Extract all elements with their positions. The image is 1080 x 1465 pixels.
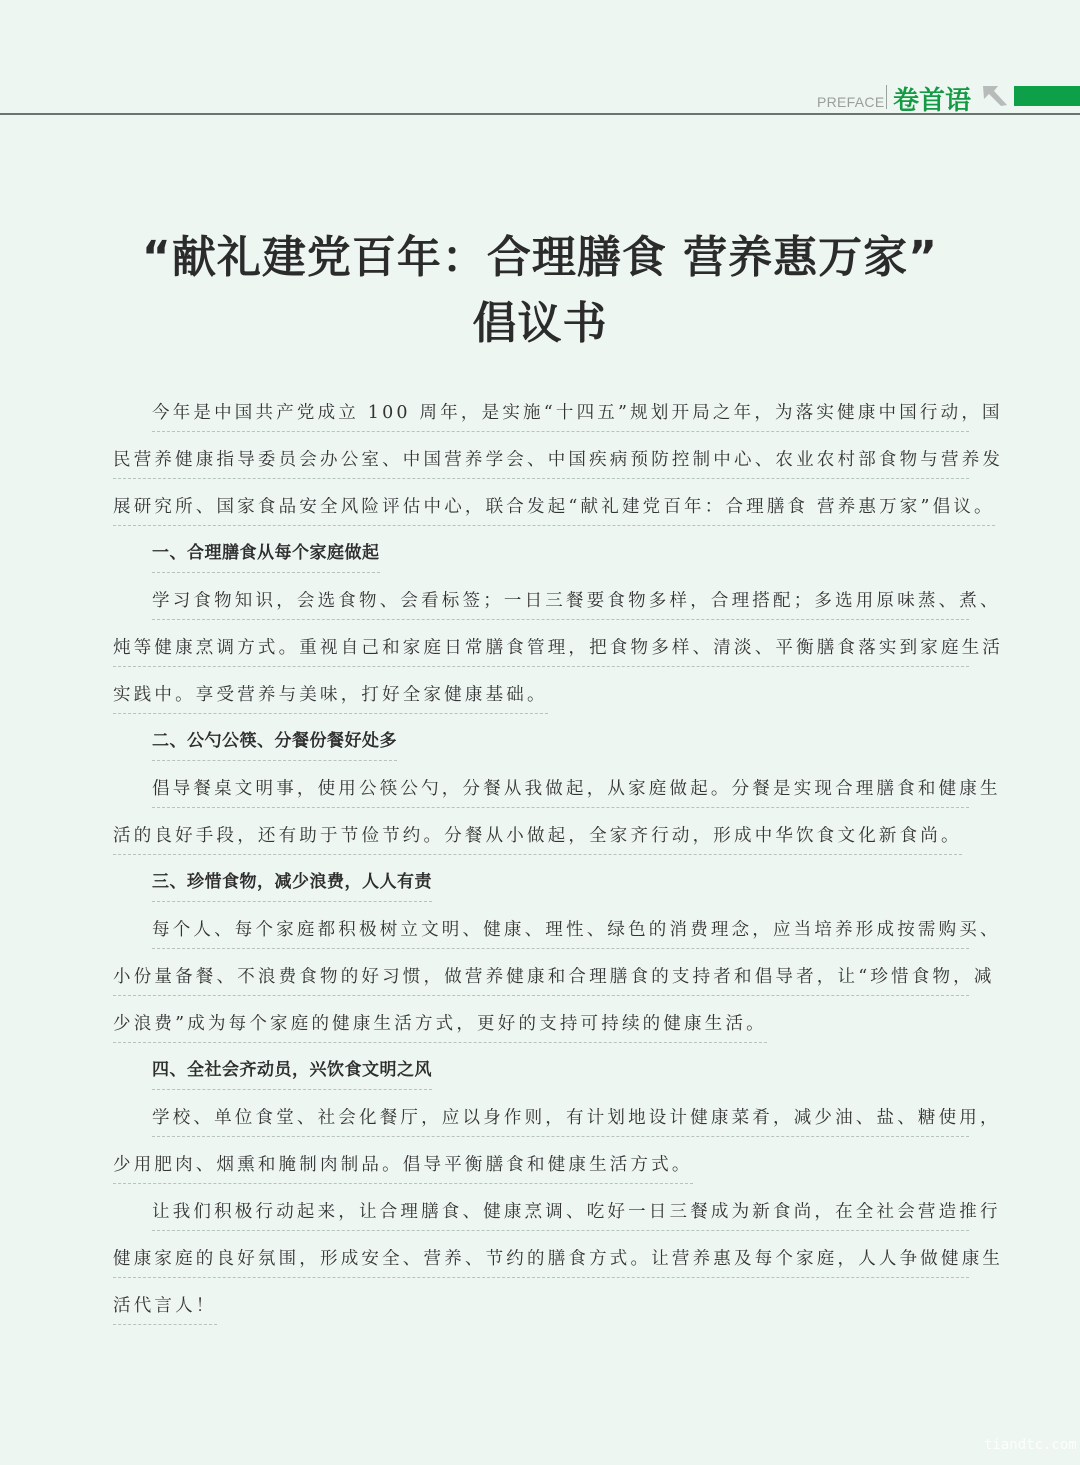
section-divider: [886, 85, 887, 109]
section-label-cn: 卷首语: [893, 80, 971, 117]
text-line: 少浪费”成为每个家庭的健康生活方式，更好的支持可持续的健康生活。: [113, 999, 969, 1046]
text-line: 让我们积极行动起来，让合理膳食、健康烹调、吃好一日三餐成为新食尚，在全社会营造推…: [113, 1187, 969, 1234]
article-body: 今年是中国共产党成立 100 周年，是实施“十四五”规划开局之年，为落实健康中国…: [113, 388, 969, 1328]
accent-bar: [1014, 86, 1080, 106]
section-4: 四、全社会齐动员，兴饮食文明之风 学校、单位食堂、社会化餐厅，应以身作则，有计划…: [113, 1046, 969, 1187]
section-heading: 一、合理膳食从每个家庭做起: [113, 529, 969, 576]
text-line: 学习食物知识，会选食物、会看标签；一日三餐要食物多样，合理搭配；多选用原味蒸、煮…: [113, 576, 969, 623]
section-1: 一、合理膳食从每个家庭做起 学习食物知识，会选食物、会看标签；一日三餐要食物多样…: [113, 529, 969, 717]
page-title: “献礼建党百年：合理膳食 营养惠万家” 倡议书: [0, 225, 1080, 357]
header-divider: [0, 113, 1080, 115]
page-header: PREFACE 卷首语: [0, 0, 1080, 115]
text-line: 少用肥肉、烟熏和腌制肉制品。倡导平衡膳食和健康生活方式。: [113, 1140, 969, 1187]
section-heading: 三、珍惜食物，减少浪费，人人有责: [113, 858, 969, 905]
arrow-up-left-icon: [982, 85, 1008, 107]
text-line: 民营养健康指导委员会办公室、中国营养学会、中国疾病预防控制中心、农业农村部食物与…: [113, 435, 969, 482]
section-3: 三、珍惜食物，减少浪费，人人有责 每个人、每个家庭都积极树立文明、健康、理性、绿…: [113, 858, 969, 1046]
text-line: 学校、单位食堂、社会化餐厅，应以身作则，有计划地设计健康菜肴，减少油、盐、糖使用…: [113, 1093, 969, 1140]
intro-paragraph: 今年是中国共产党成立 100 周年，是实施“十四五”规划开局之年，为落实健康中国…: [113, 388, 969, 529]
section-heading: 四、全社会齐动员，兴饮食文明之风: [113, 1046, 969, 1093]
text-line: 展研究所、国家食品安全风险评估中心，联合发起“献礼建党百年：合理膳食 营养惠万家…: [113, 482, 969, 529]
text-line: 小份量备餐、不浪费食物的好习惯，做营养健康和合理膳食的支持者和倡导者，让“珍惜食…: [113, 952, 969, 999]
text-line: 健康家庭的良好氛围，形成安全、营养、节约的膳食方式。让营养惠及每个家庭，人人争做…: [113, 1234, 969, 1281]
section-heading: 二、公勺公筷、分餐份餐好处多: [113, 717, 969, 764]
section-2: 二、公勺公筷、分餐份餐好处多 倡导餐桌文明事，使用公筷公勺，分餐从我做起，从家庭…: [113, 717, 969, 858]
section-label-en: PREFACE: [817, 94, 884, 110]
title-line-2: 倡议书: [0, 291, 1080, 357]
text-line: 活代言人！: [113, 1281, 969, 1328]
text-line: 炖等健康烹调方式。重视自己和家庭日常膳食管理，把食物多样、清淡、平衡膳食落实到家…: [113, 623, 969, 670]
text-line: 活的良好手段，还有助于节俭节约。分餐从小做起，全家齐行动，形成中华饮食文化新食尚…: [113, 811, 969, 858]
closing-paragraph: 让我们积极行动起来，让合理膳食、健康烹调、吃好一日三餐成为新食尚，在全社会营造推…: [113, 1187, 969, 1328]
text-line: 倡导餐桌文明事，使用公筷公勺，分餐从我做起，从家庭做起。分餐是实现合理膳食和健康…: [113, 764, 969, 811]
title-line-1: “献礼建党百年：合理膳食 营养惠万家”: [0, 225, 1080, 291]
text-line: 今年是中国共产党成立 100 周年，是实施“十四五”规划开局之年，为落实健康中国…: [113, 388, 969, 435]
text-line: 每个人、每个家庭都积极树立文明、健康、理性、绿色的消费理念，应当培养形成按需购买…: [113, 905, 969, 952]
watermark: tiandtc.com: [984, 1437, 1077, 1453]
text-line: 实践中。享受营养与美味，打好全家健康基础。: [113, 670, 969, 717]
